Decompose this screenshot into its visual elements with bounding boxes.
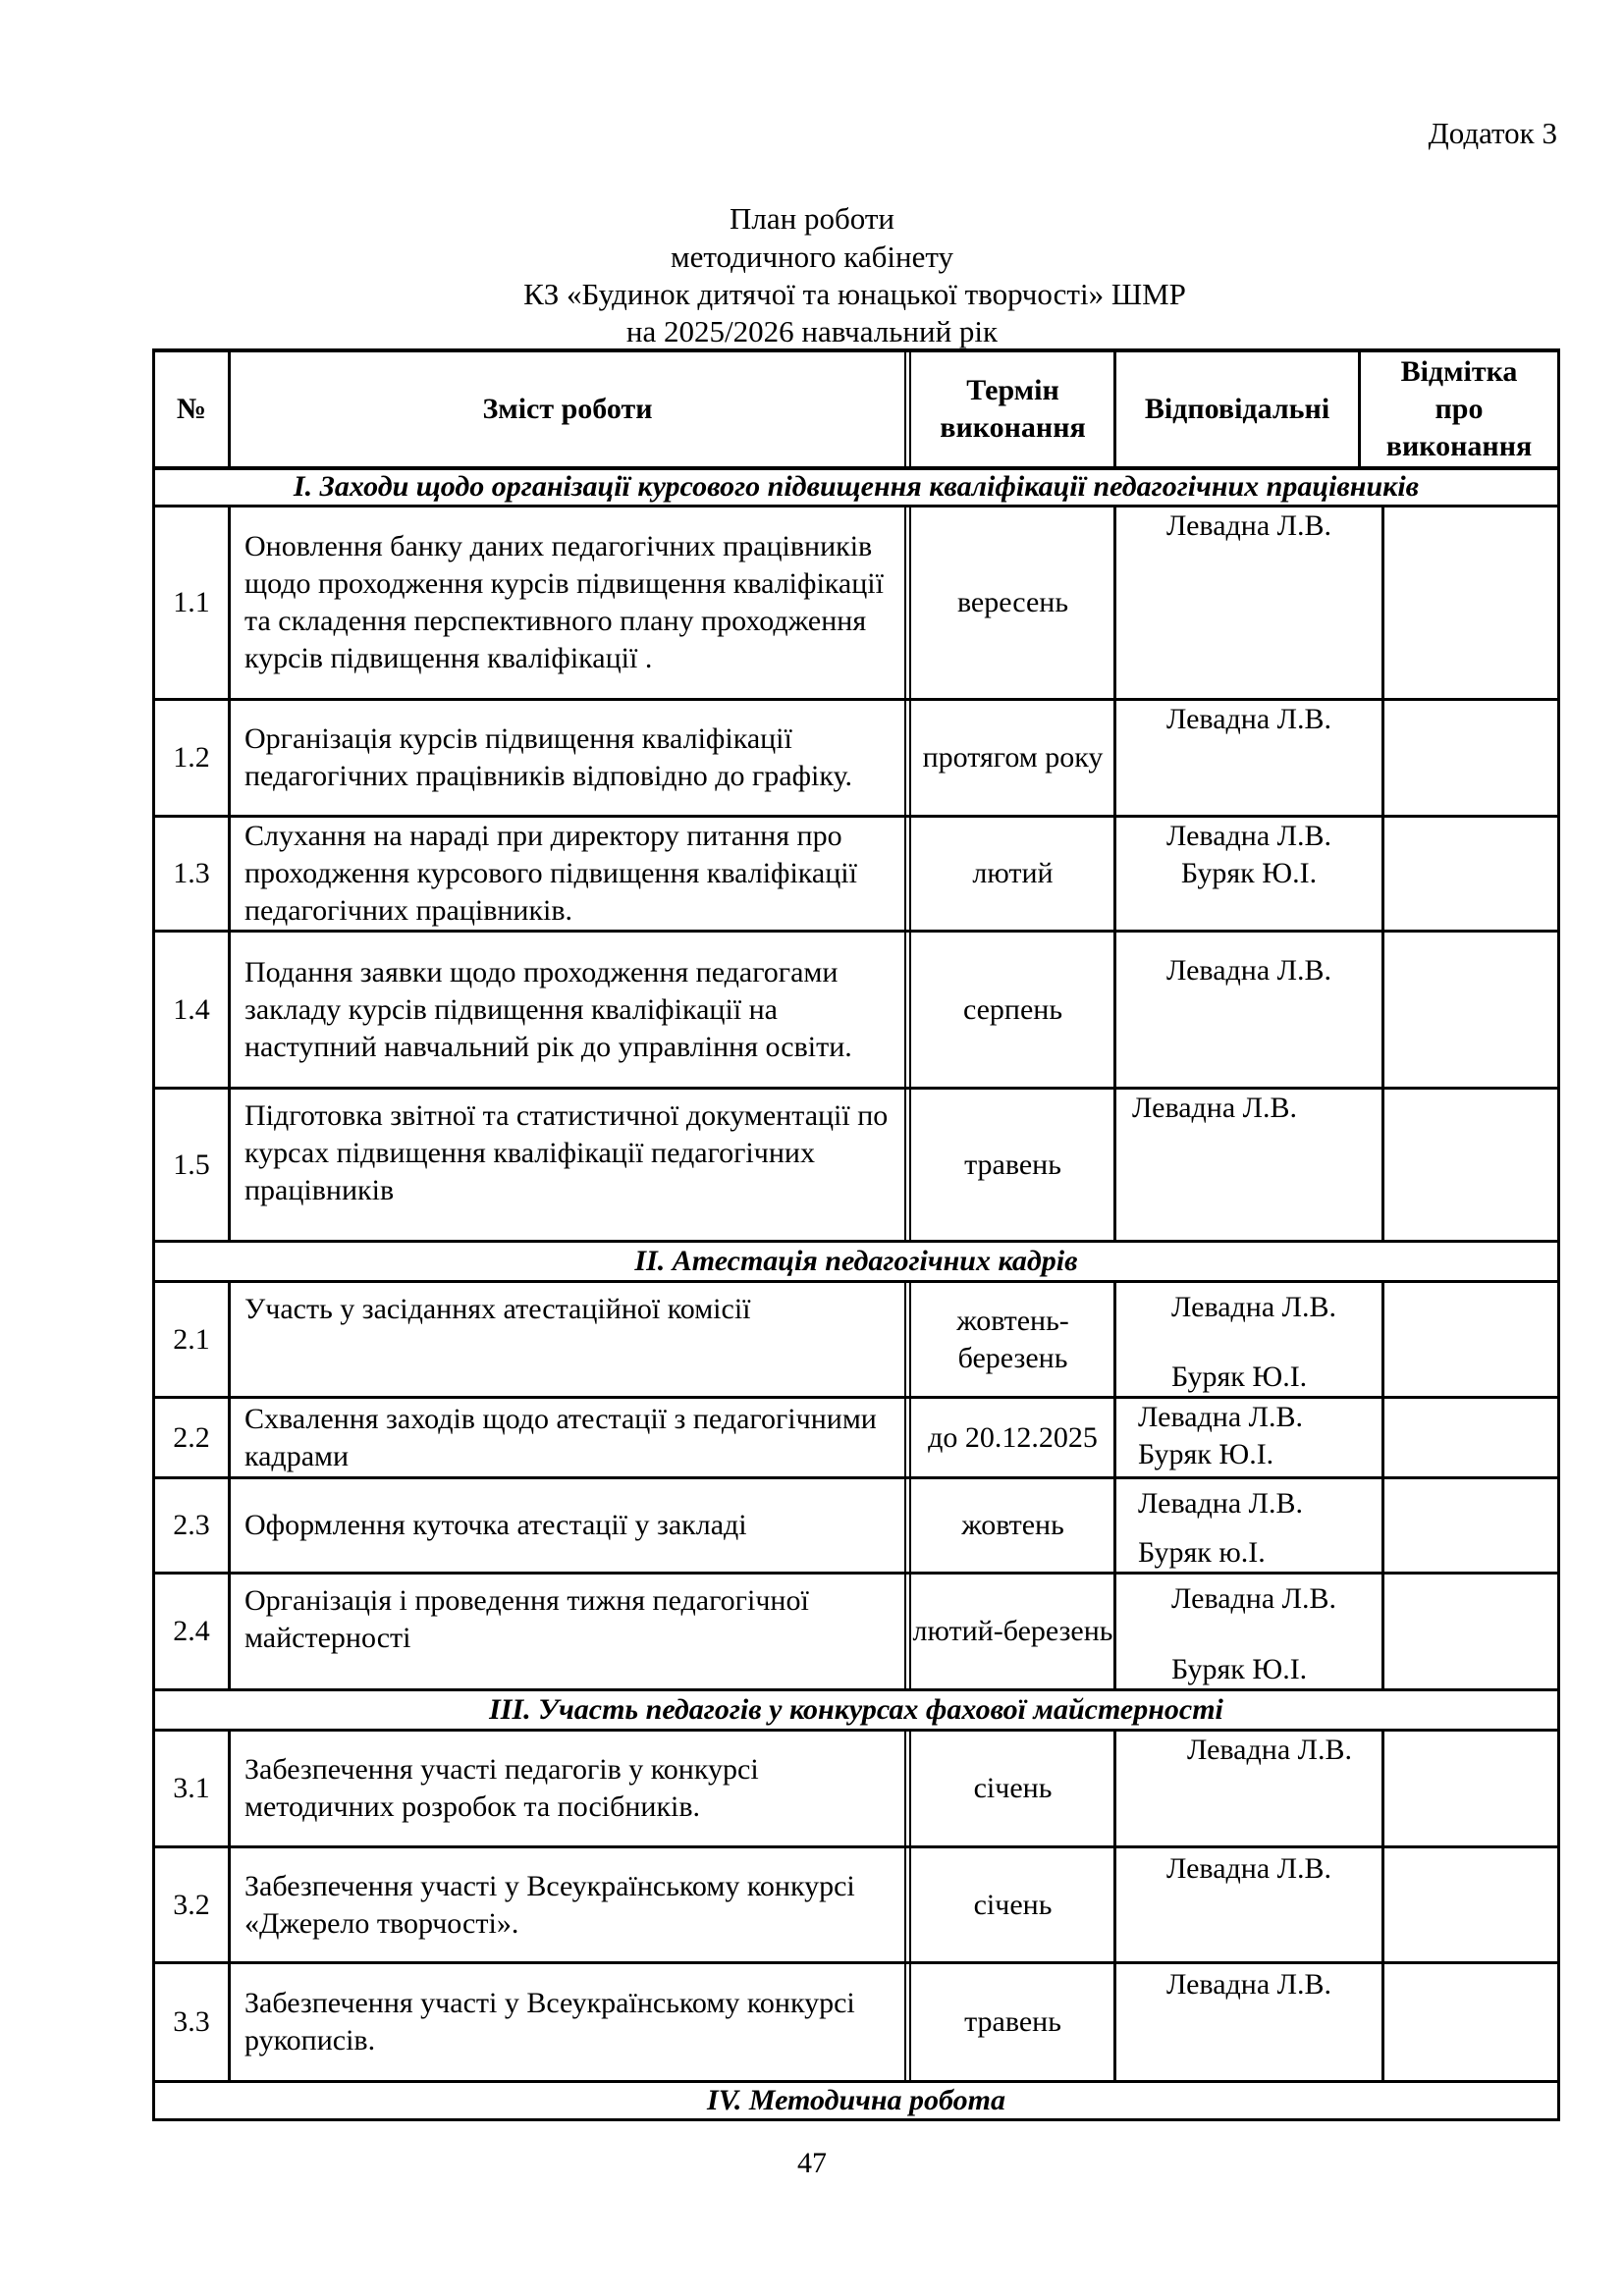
row-deadline: серпень: [912, 933, 1113, 1087]
row-content: Участь у засіданнях атестаційної комісії: [231, 1283, 904, 1396]
row-responsible: Левадна Л.В.Буряк Ю.І.: [1116, 1399, 1381, 1476]
title-line-1: План роботи: [0, 199, 1624, 238]
row-responsible: Левадна Л.В.: [1116, 1090, 1381, 1240]
responsible-person: Левадна Л.В.: [1166, 818, 1331, 855]
title-line-4: на 2025/2026 навчальний рік: [0, 312, 1624, 350]
row-deadline: травень: [912, 1964, 1113, 2080]
responsible-person: Буряк Ю.І.: [1171, 1359, 1307, 1396]
table-rule-vertical: [909, 1476, 911, 1575]
table-rule-vertical: [909, 698, 911, 818]
table-rule-vertical: [904, 505, 906, 701]
row-mark: [1384, 1732, 1557, 1845]
responsible-person: Буряк Ю.І.: [1181, 855, 1317, 892]
header-content: Зміст роботи: [231, 351, 904, 466]
row-responsible: Левадна Л.В.: [1116, 1848, 1381, 1961]
table-rule-vertical: [904, 348, 906, 469]
header-mark-text: Відміткапровиконання: [1386, 353, 1532, 465]
table-rule-vertical: [904, 1845, 906, 1964]
row-content: Організація курсів підвищення кваліфікац…: [231, 701, 904, 815]
table-rule-vertical: [904, 930, 906, 1090]
row-responsible: Левадна Л.В.: [1116, 933, 1381, 1087]
row-responsible: Левадна Л.В.: [1116, 507, 1381, 698]
row-number: 3.3: [155, 1964, 228, 2080]
responsible-person: Левадна Л.В.: [1166, 507, 1331, 545]
row-number: 1.1: [155, 507, 228, 698]
row-responsible: Левадна Л.В.Буряк Ю.І.: [1116, 1283, 1381, 1396]
row-content: Організація і проведення тижня педагогіч…: [231, 1575, 904, 1688]
row-responsible: Левадна Л.В.: [1116, 1964, 1381, 2080]
row-responsible: Левадна Л.В.Буряк Ю.І.: [1116, 818, 1381, 930]
row-number: 2.2: [155, 1399, 228, 1476]
row-mark: [1384, 1090, 1557, 1240]
table-rule-vertical: [1557, 348, 1560, 2121]
row-number: 1.5: [155, 1090, 228, 1240]
row-deadline: протягом року: [912, 701, 1113, 815]
table-rule-vertical: [909, 1845, 911, 1964]
responsible-person: Левадна Л.В.: [1171, 1289, 1336, 1326]
row-deadline: січень: [912, 1732, 1113, 1845]
row-responsible: Левадна Л.В.: [1116, 1732, 1381, 1845]
row-responsible: Левадна Л.В.Буряк Ю.І.: [1116, 1575, 1381, 1688]
row-deadline: лютий-березень: [912, 1575, 1113, 1688]
row-mark: [1384, 1575, 1557, 1688]
table-rule-vertical: [909, 1396, 911, 1479]
table-rule-vertical: [909, 1961, 911, 2083]
section-title: IV. Методична робота: [155, 2083, 1557, 2118]
row-mark: [1384, 1399, 1557, 1476]
row-mark: [1384, 701, 1557, 815]
row-number: 3.2: [155, 1848, 228, 1961]
table-rule-horizontal: [152, 2118, 1560, 2121]
row-content: Оновлення банку даних педагогічних праці…: [231, 507, 904, 698]
row-mark: [1384, 818, 1557, 930]
table-rule-vertical: [909, 1087, 911, 1243]
row-number: 2.4: [155, 1575, 228, 1688]
table-rule-vertical: [909, 1280, 911, 1399]
row-number: 2.3: [155, 1479, 228, 1572]
responsible-person: Левадна Л.В.: [1166, 1850, 1331, 1888]
responsible-person: Левадна Л.В.: [1171, 1580, 1336, 1618]
title-line-3: КЗ «Будинок дитячої та юнацької творчост…: [152, 275, 1557, 313]
appendix-label: Додаток 3: [1429, 116, 1557, 151]
responsible-person: Буряк ю.І.: [1138, 1534, 1266, 1572]
title-line-2: методичного кабінету: [0, 238, 1624, 276]
row-responsible: Левадна Л.В.: [1116, 701, 1381, 815]
responsible-person: Левадна Л.В.: [1166, 952, 1331, 989]
row-mark: [1384, 1479, 1557, 1572]
table-rule-vertical: [909, 1572, 911, 1691]
responsible-person: Буряк Ю.І.: [1171, 1651, 1307, 1688]
responsible-person: Левадна Л.В.: [1132, 1090, 1297, 1127]
section-title: III. Участь педагогів у конкурсах фахово…: [155, 1691, 1557, 1729]
row-deadline: січень: [912, 1848, 1113, 1961]
table-rule-vertical: [904, 1087, 906, 1243]
row-deadline: до 20.12.2025: [912, 1399, 1113, 1476]
table-rule-vertical: [904, 1476, 906, 1575]
row-number: 1.3: [155, 818, 228, 930]
row-content: Оформлення куточка атестації у закладі: [231, 1479, 904, 1572]
header-number: №: [155, 351, 228, 466]
row-deadline: жовтень: [912, 1479, 1113, 1572]
row-number: 3.1: [155, 1732, 228, 1845]
row-deadline: жовтень-березень: [912, 1283, 1113, 1396]
row-number: 1.2: [155, 701, 228, 815]
row-mark: [1384, 507, 1557, 698]
row-mark: [1384, 1964, 1557, 2080]
responsible-person: Левадна Л.В.: [1166, 701, 1331, 738]
responsible-person: Левадна Л.В.: [1187, 1732, 1352, 1769]
row-content: Схвалення заходів щодо атестації з педаг…: [231, 1399, 904, 1476]
row-content: Слухання на нараді при директору питання…: [231, 818, 904, 930]
row-deadline: вересень: [912, 507, 1113, 698]
table-rule-vertical: [909, 930, 911, 1090]
header-deadline: Термінвиконання: [912, 351, 1113, 466]
responsible-person: Левадна Л.В.: [1166, 1966, 1331, 2003]
row-mark: [1384, 1848, 1557, 1961]
row-content: Подання заявки щодо проходження педагога…: [231, 933, 904, 1087]
row-number: 1.4: [155, 933, 228, 1087]
responsible-person: Левадна Л.В.: [1138, 1399, 1303, 1436]
row-content: Підготовка звітної та статистичної докум…: [231, 1090, 904, 1240]
row-deadline: лютий: [912, 818, 1113, 930]
table-rule-vertical: [904, 1572, 906, 1691]
header-responsible: Відповідальні: [1116, 351, 1358, 466]
table-rule-vertical: [904, 1280, 906, 1399]
row-content: Забезпечення участі у Всеукраїнському ко…: [231, 1848, 904, 1961]
table-rule-vertical: [909, 348, 911, 469]
table-rule-vertical: [904, 698, 906, 818]
table-rule-vertical: [904, 1961, 906, 2083]
responsible-person: Буряк Ю.І.: [1138, 1436, 1273, 1473]
row-mark: [1384, 1283, 1557, 1396]
header-mark: Відміткапровиконання: [1361, 351, 1557, 466]
row-number: 2.1: [155, 1283, 228, 1396]
header-deadline-text: Термінвиконання: [940, 372, 1085, 447]
section-title: II. Атестація педагогічних кадрів: [155, 1243, 1557, 1280]
row-responsible: Левадна Л.В.Буряк ю.І.: [1116, 1479, 1381, 1572]
row-mark: [1384, 933, 1557, 1087]
row-content: Забезпечення участі у Всеукраїнському ко…: [231, 1964, 904, 2080]
table-rule-vertical: [909, 505, 911, 701]
table-rule-vertical: [904, 1396, 906, 1479]
table-rule-vertical: [909, 1729, 911, 1848]
row-deadline: травень: [912, 1090, 1113, 1240]
section-title: I. Заходи щодо організації курсового під…: [155, 469, 1557, 505]
responsible-person: Левадна Л.В.: [1138, 1485, 1303, 1522]
table-rule-vertical: [904, 1729, 906, 1848]
row-content: Забезпечення участі педагогів у конкурсі…: [231, 1732, 904, 1845]
table-rule-vertical: [909, 815, 911, 933]
page-number: 47: [0, 2147, 1624, 2180]
table-rule-vertical: [904, 815, 906, 933]
